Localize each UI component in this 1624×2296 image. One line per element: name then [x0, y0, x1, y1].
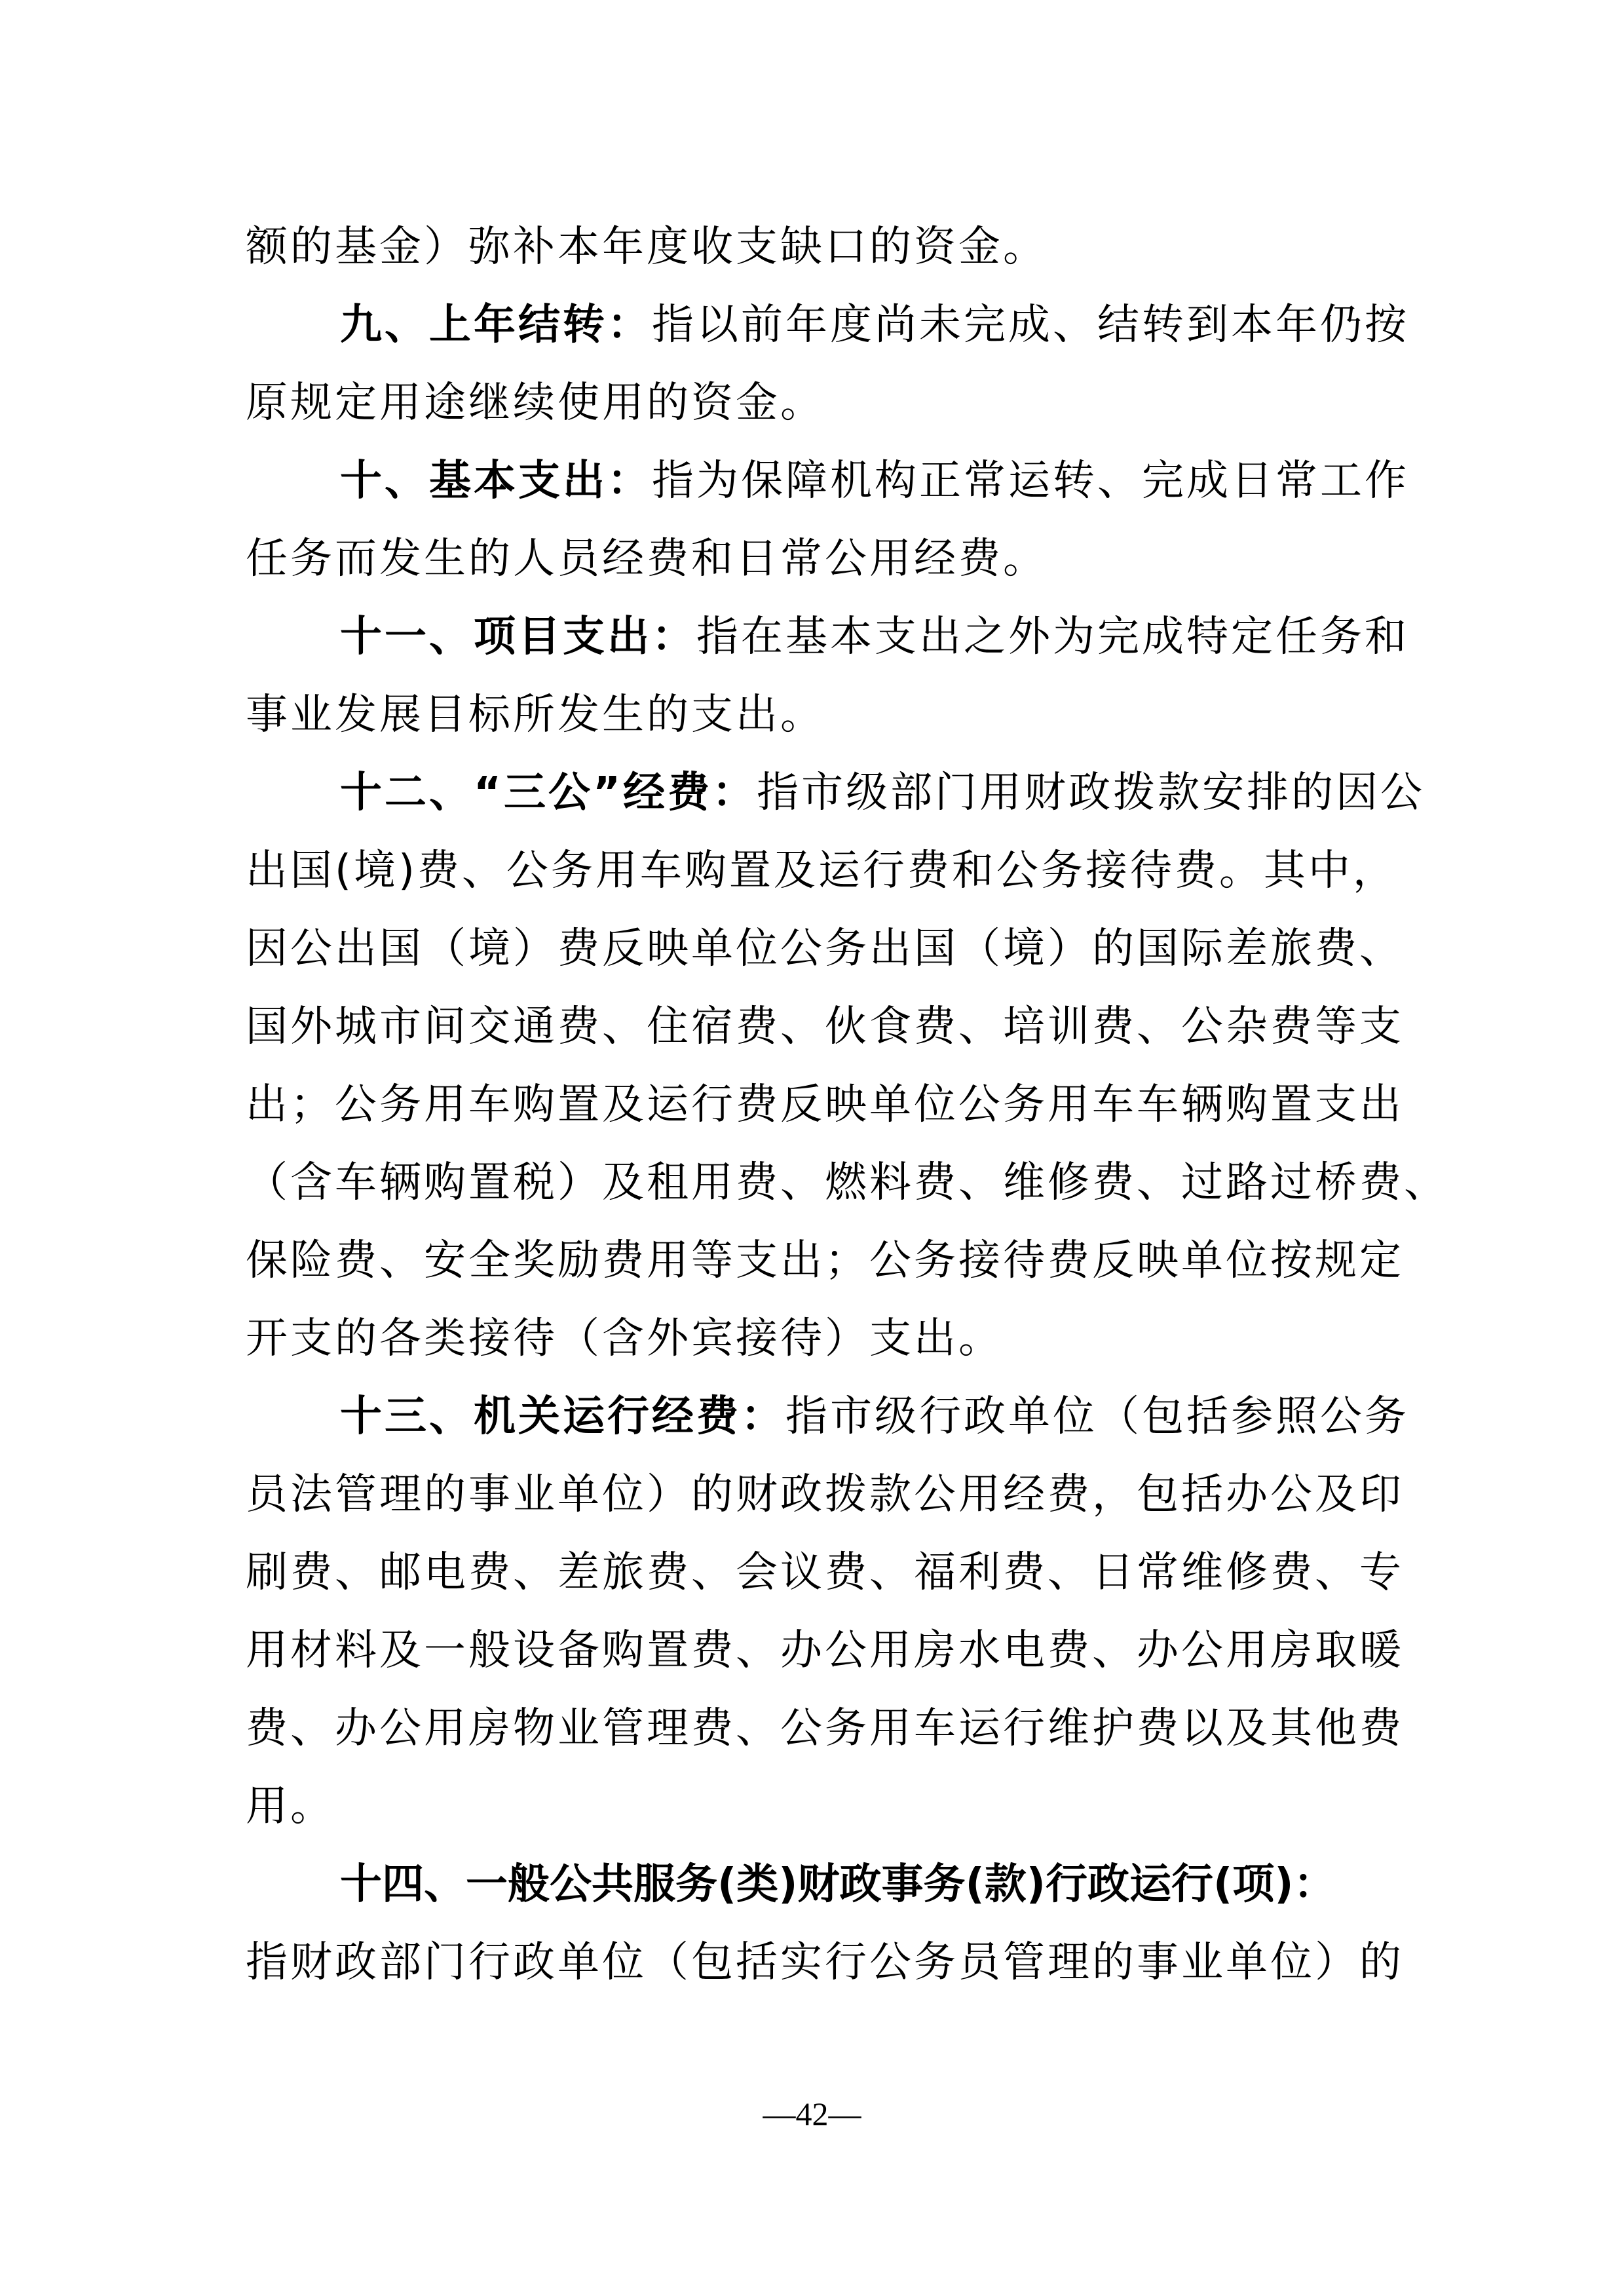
text-line: 国外城市间交通费、住宿费、伙食费、培训费、公杂费等支	[246, 988, 1380, 1066]
text-line: 开支的各类接待（含外宾接待）支出。	[246, 1300, 1380, 1378]
definition-term: 九、上年结转：	[340, 301, 652, 349]
definition-text: 指市级行政单位（包括参照公务	[785, 1392, 1409, 1441]
definition-heading-line: 十二、“三公”经费：指市级部门用财政拨款安排的因公	[246, 754, 1380, 832]
definition-text: 指以前年度尚未完成、结转到本年仍按	[652, 301, 1409, 349]
text-line: 保险费、安全奖励费用等支出；公务接待费反映单位按规定	[246, 1222, 1380, 1300]
text-line: 原规定用途继续使用的资金。	[246, 364, 1380, 442]
definition-heading-line: 九、上年结转：指以前年度尚未完成、结转到本年仍按	[246, 286, 1380, 364]
text-line: 任务而发生的人员经费和日常公用经费。	[246, 520, 1380, 598]
page-number: —42—	[0, 2094, 1624, 2133]
definition-heading-line: 十一、项目支出：指在基本支出之外为完成特定任务和	[246, 598, 1380, 676]
text-line: 额的基金）弥补本年度收支缺口的资金。	[246, 208, 1380, 286]
definition-text: 指市级部门用财政拨款安排的因公	[757, 769, 1425, 817]
definition-heading-line: 十三、机关运行经费：指市级行政单位（包括参照公务	[246, 1378, 1380, 1456]
text-line: 指财政部门行政单位（包括实行公务员管理的事业单位）的	[246, 1924, 1380, 2002]
text-line: 事业发展目标所发生的支出。	[246, 676, 1380, 754]
text-line: 出；公务用车购置及运行费反映单位公务用车车辆购置支出	[246, 1066, 1380, 1144]
text-line: 用。	[246, 1768, 1380, 1846]
definition-term: 十、基本支出：	[340, 457, 652, 505]
text-line: 员法管理的事业单位）的财政拨款公用经费，包括办公及印	[246, 1456, 1380, 1534]
text-line: （含车辆购置税）及租用费、燃料费、维修费、过路过桥费、	[246, 1144, 1380, 1222]
text-line: 出国(境)费、公务用车购置及运行费和公务接待费。其中，	[246, 832, 1380, 910]
text-line: 刷费、邮电费、差旅费、会议费、福利费、日常维修费、专	[246, 1534, 1380, 1612]
definition-text: 指在基本支出之外为完成特定任务和	[696, 613, 1409, 661]
definition-term: 十三、机关运行经费：	[340, 1392, 785, 1441]
definition-term: 十二、“三公”经费：	[340, 769, 757, 817]
text-line: 费、办公用房物业管理费、公务用车运行维护费以及其他费	[246, 1690, 1380, 1768]
definition-heading-line: 十、基本支出：指为保障机构正常运转、完成日常工作	[246, 442, 1380, 520]
definition-term: 十四、一般公共服务(类)财政事务(款)行政运行(项)：	[340, 1860, 1336, 1909]
definition-term: 十一、项目支出：	[340, 613, 696, 661]
definition-text: 指为保障机构正常运转、完成日常工作	[652, 457, 1409, 505]
text-line: 因公出国（境）费反映单位公务出国（境）的国际差旅费、	[246, 910, 1380, 988]
document-page: 额的基金）弥补本年度收支缺口的资金。 九、上年结转：指以前年度尚未完成、结转到本…	[246, 208, 1380, 2002]
text-line: 用材料及一般设备购置费、办公用房水电费、办公用房取暖	[246, 1612, 1380, 1690]
definition-heading-line: 十四、一般公共服务(类)财政事务(款)行政运行(项)：	[246, 1846, 1380, 1924]
